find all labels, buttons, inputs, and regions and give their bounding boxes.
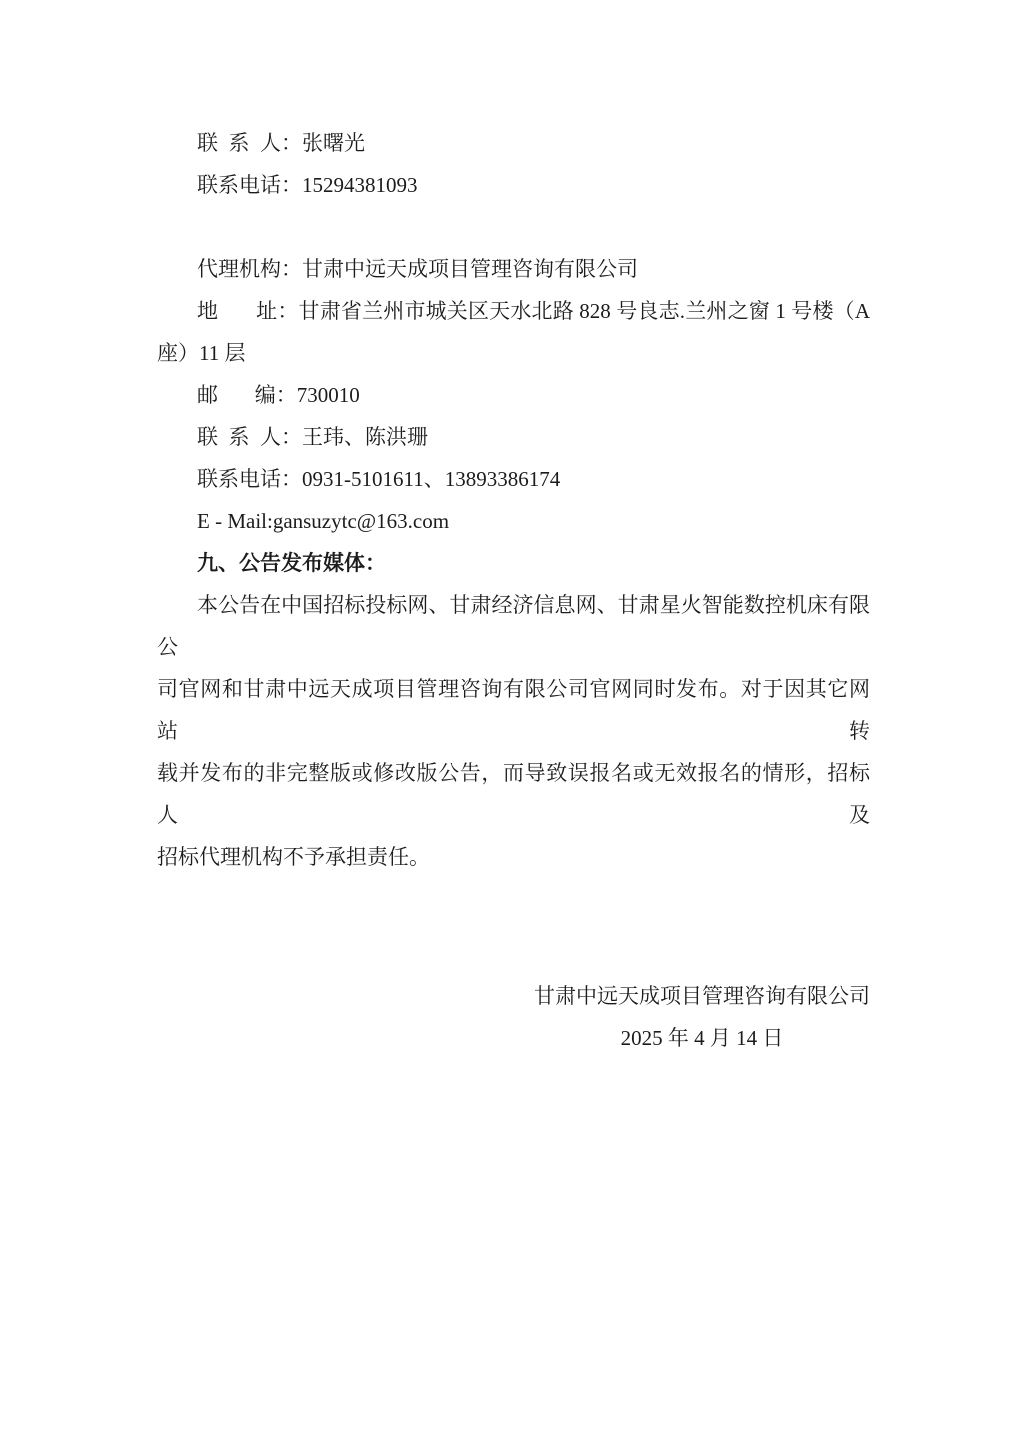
postal-code-line: 邮 编：730010 [157,374,870,416]
document-page: 联 系 人：张曙光 联系电话：15294381093 代理机构：甘肃中远天成项目… [0,0,1024,1448]
agency-contact-person-line: 联 系 人：王玮、陈洪珊 [157,416,870,458]
announcement-paragraph-line-3: 载并发布的非完整版或修改版公告，而导致误报名或无效报名的情形，招标人及 [157,752,870,836]
contact-person-line: 联 系 人：张曙光 [157,122,870,164]
agency-name-line: 代理机构：甘肃中远天成项目管理咨询有限公司 [157,248,870,290]
signature-date: 2025 年 4 月 14 日 [534,1017,870,1059]
agency-address-line-2: 座）11 层 [157,332,870,374]
agency-contact-phone-line: 联系电话：0931-5101611、13893386174 [157,458,870,500]
signature-block: 甘肃中远天成项目管理咨询有限公司 2025 年 4 月 14 日 [157,975,870,1059]
contact-phone-line: 联系电话：15294381093 [157,164,870,206]
section-heading-announcement-media: 九、公告发布媒体： [157,542,870,584]
agency-email-line: E - Mail:gansuzytc@163.com [157,500,870,542]
signature-inner: 甘肃中远天成项目管理咨询有限公司 2025 年 4 月 14 日 [534,975,870,1059]
announcement-paragraph-line-2: 司官网和甘肃中远天成项目管理咨询有限公司官网同时发布。对于因其它网站转 [157,668,870,752]
signature-company: 甘肃中远天成项目管理咨询有限公司 [534,975,870,1017]
agency-address-line-1: 地 址：甘肃省兰州市城关区天水北路 828 号良志.兰州之窗 1 号楼（A [157,290,870,332]
announcement-paragraph-line-1: 本公告在中国招标投标网、甘肃经济信息网、甘肃星火智能数控机床有限公 [157,584,870,668]
announcement-paragraph-line-4: 招标代理机构不予承担责任。 [157,836,870,878]
blank-line [157,206,870,248]
